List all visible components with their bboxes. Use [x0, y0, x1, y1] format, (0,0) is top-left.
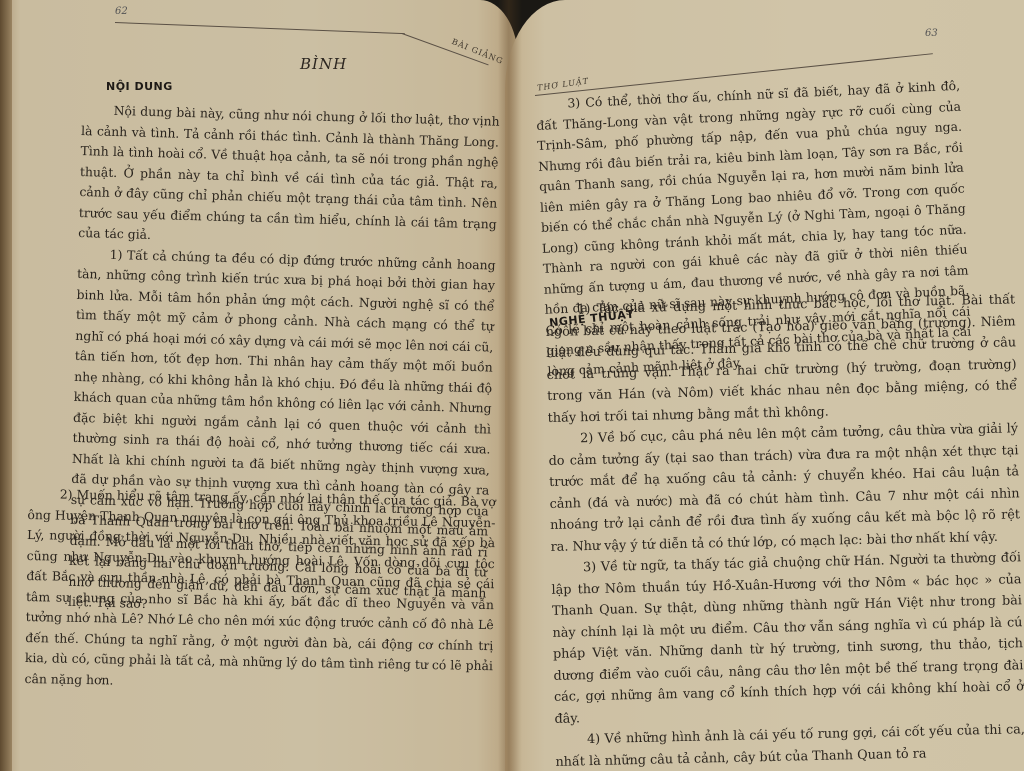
paragraph: 2) Về bố cục, câu phá nêu lên một cảm tư…	[548, 418, 1021, 558]
page-number-right: 63	[925, 28, 938, 39]
header-rule	[115, 22, 405, 34]
chapter-title: BÌNH	[300, 55, 347, 73]
right-body-part-2: 1) Tác giả xử dụng một hình thức bác học…	[545, 289, 1024, 771]
left-page: 62 BÀI GIẢNG BÌNH NỘI DUNG Nội dung bài …	[0, 0, 518, 771]
open-book: 62 BÀI GIẢNG BÌNH NỘI DUNG Nội dung bài …	[0, 0, 1024, 771]
paragraph: 2) Muốn hiểu rõ tâm trạng ấy, cần nhớ lạ…	[24, 484, 496, 697]
paragraph: Nội dung bài này, cũng như nói chung ở l…	[78, 100, 500, 255]
section-heading-noi-dung: NỘI DUNG	[106, 80, 173, 93]
paragraph: 1) Tác giả xử dụng một hình thức bác học…	[545, 289, 1018, 429]
paragraph: 3) Về từ ngữ, ta thấy tác giả chuộng chữ…	[551, 547, 1024, 730]
left-body-part-2: 2) Muốn hiểu rõ tâm trạng ấy, cần nhớ lạ…	[24, 484, 496, 697]
page-number-left: 62	[115, 6, 128, 17]
